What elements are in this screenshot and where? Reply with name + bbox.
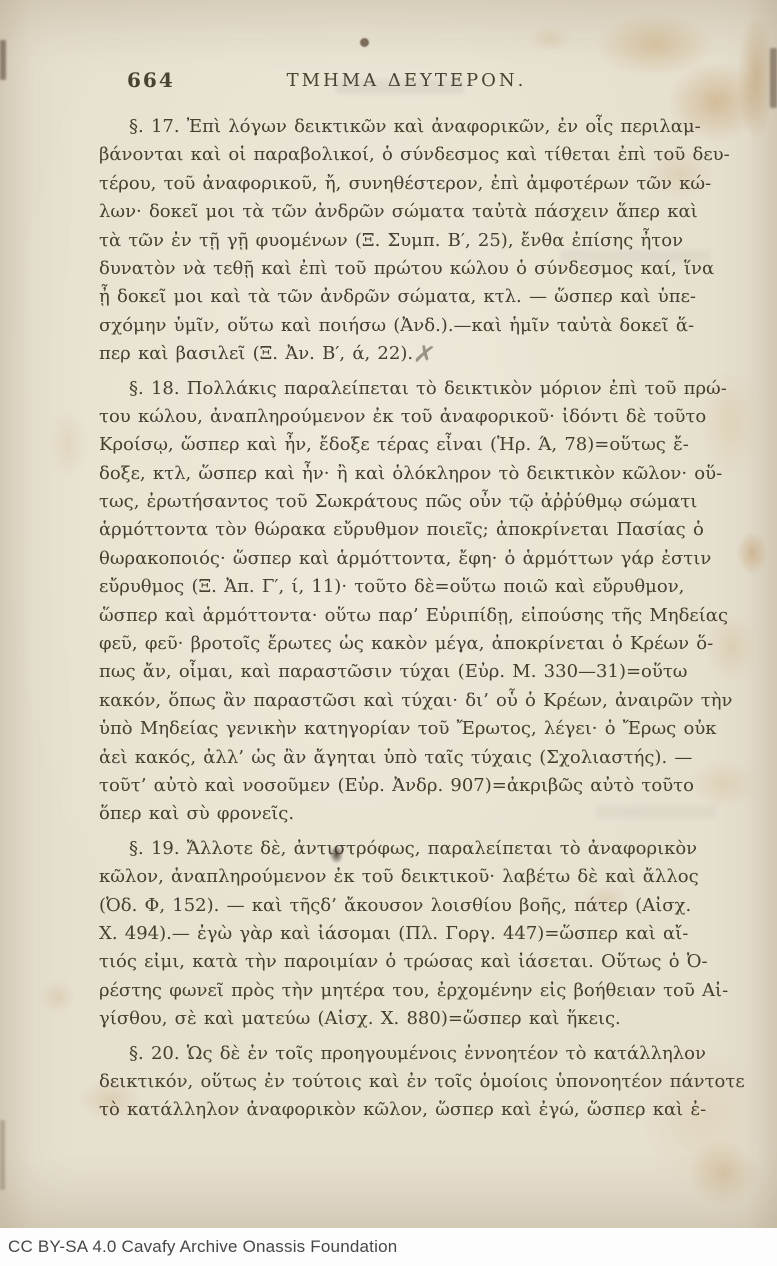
page-header: 664 ΤΜΗΜΑ ΔΕΥΤΕΡΟΝ. (99, 68, 714, 96)
text-line: κῶλον, ἀναπληρούμενον ἐκ τοῦ δεικτικοῦ· … (99, 863, 714, 891)
text-line: ἀεὶ κακός, ἀλλ’ ὡς ἂν ἄγηται ὑπὸ ταῖς τύ… (99, 744, 714, 772)
license-strip: CC BY-SA 4.0 Cavafy Archive Onassis Foun… (0, 1228, 777, 1266)
text-line: θωρακοποιός· ὥσπερ καὶ ἁρμόττοντα, ἔφη· … (99, 545, 714, 573)
text-line: του κώλου, ἀναπληρούμενον ἐκ τοῦ ἀναφορι… (99, 403, 714, 431)
text-line: §. 20. Ὡς δὲ ἐν τοῖς προηγουμένοις ἐννοη… (99, 1040, 714, 1068)
text-line: ρέστης φωνεῖ πρὸς τὴν μητέρα του, ἐρχομέ… (99, 977, 714, 1005)
text-line: τως, ἐρωτήσαντος τοῦ Σωκράτους πῶς οὖν τ… (99, 488, 714, 516)
text-line: τοῦτ’ αὐτὸ καὶ νοσοῦμεν (Εὐρ. Ἀνδρ. 907)… (99, 772, 714, 800)
text-line: (Ὀδ. Φ, 152). — καὶ τῆςδ’ ἄκουσον λοισθί… (99, 892, 714, 920)
text-block: §. 17. Ἐπὶ λόγων δεικτικῶν καὶ ἀναφορικῶ… (99, 113, 714, 1125)
running-title: ΤΜΗΜΑ ΔΕΥΤΕΡΟΝ. (99, 70, 714, 91)
text-line: τέρου, τοῦ ἀναφορικοῦ, ἤ, συνηθέστερον, … (99, 170, 714, 198)
paragraph-19: §. 19. Ἄλλοτε δὲ, ἀντιστρόφως, παραλείπε… (99, 835, 714, 1034)
text-line: ὑπὸ Μηδείας γενικὴν κατηγορίαν τοῦ Ἔρωτο… (99, 715, 714, 743)
text-line: τιός εἰμι, κατὰ τὴν παροιμίαν ὁ τρώσας κ… (99, 948, 714, 976)
paragraph-18: §. 18. Πολλάκις παραλείπεται τὸ δεικτικὸ… (99, 375, 714, 829)
text-line: κακόν, ὅπως ἂν παραστῶσι καὶ τύχαι· δι’ … (99, 687, 714, 715)
paragraph-17: §. 17. Ἐπὶ λόγων δεικτικῶν καὶ ἀναφορικῶ… (99, 113, 714, 369)
text-line: βάνονται καὶ οἱ παραβολικοί, ὁ σύνδεσμος… (99, 141, 714, 169)
text-line: λων· δοκεῖ μοι τὰ τῶν ἀνδρῶν σώματα ταὐτ… (99, 198, 714, 226)
text-line: §. 17. Ἐπὶ λόγων δεικτικῶν καὶ ἀναφορικῶ… (99, 113, 714, 141)
text-line: τὰ τῶν ἐν τῇ γῇ φυομένων (Ξ. Συμπ. Β′, 2… (99, 227, 714, 255)
text-line: περ καὶ βασιλεῖ (Ξ. Ἀν. Β′, ά, 22). (99, 340, 714, 368)
license-text: CC BY-SA 4.0 Cavafy Archive Onassis Foun… (8, 1228, 397, 1266)
text-line: ἁρμόττοντα τὸν θώρακα εὔρυθμον ποιεῖς; ἀ… (99, 516, 714, 544)
text-line: ᾖ δοκεῖ μοι καὶ τὰ τῶν ἀνδρῶν σώματα, κτ… (99, 283, 714, 311)
text-line: δυνατὸν νὰ τεθῇ καὶ ἐπὶ τοῦ πρώτου κώλου… (99, 255, 714, 283)
text-line: σχόμην ὑμῖν, οὕτω καὶ ποιήσω (Ἀνδ.).—καὶ… (99, 312, 714, 340)
text-line: δεικτικόν, οὕτως ἐν τούτοις καὶ ἐν τοῖς … (99, 1068, 714, 1096)
text-line: §. 18. Πολλάκις παραλείπεται τὸ δεικτικὸ… (99, 375, 714, 403)
text-line: Κροίσῳ, ὥσπερ καὶ ἦν, ἔδοξε τέρας εἶναι … (99, 431, 714, 459)
text-line: Χ. 494).— ἐγὼ γὰρ καὶ ἰάσομαι (Πλ. Γοργ.… (99, 920, 714, 948)
text-line: γίσθου, σὲ καὶ ματεύω (Αἰσχ. Χ. 880)=ὥσπ… (99, 1005, 714, 1033)
text-line: εὔρυθμος (Ξ. Ἀπ. Γ′, ί, 11)· τοῦτο δὲ=οὕ… (99, 573, 714, 601)
text-line: πως ἄν, οἶμαι, καὶ παραστῶσιν τύχαι (Εὐρ… (99, 658, 714, 686)
text-line: τὸ κατάλληλον ἀναφορικὸν κῶλον, ὥσπερ κα… (99, 1096, 714, 1124)
text-line: §. 19. Ἄλλοτε δὲ, ἀντιστρόφως, παραλείπε… (99, 835, 714, 863)
text-line: ὅπερ καὶ σὺ φρονεῖς. (99, 800, 714, 828)
ink-blot (330, 846, 343, 863)
text-line: δοξε, κτλ, ὥσπερ καὶ ἦν· ἢ καὶ ὁλόκληρον… (99, 460, 714, 488)
scanned-book-page: 664 ΤΜΗΜΑ ΔΕΥΤΕΡΟΝ. §. 17. Ἐπὶ λόγων δει… (0, 0, 777, 1266)
text-line: ὥσπερ καὶ ἁρμόττοντα· οὕτω παρ’ Εὐριπίδῃ… (99, 602, 714, 630)
paragraph-20: §. 20. Ὡς δὲ ἐν τοῖς προηγουμένοις ἐννοη… (99, 1040, 714, 1125)
text-line: φεῦ, φεῦ· βροτοῖς ἔρωτες ὡς κακὸν μέγα, … (99, 630, 714, 658)
